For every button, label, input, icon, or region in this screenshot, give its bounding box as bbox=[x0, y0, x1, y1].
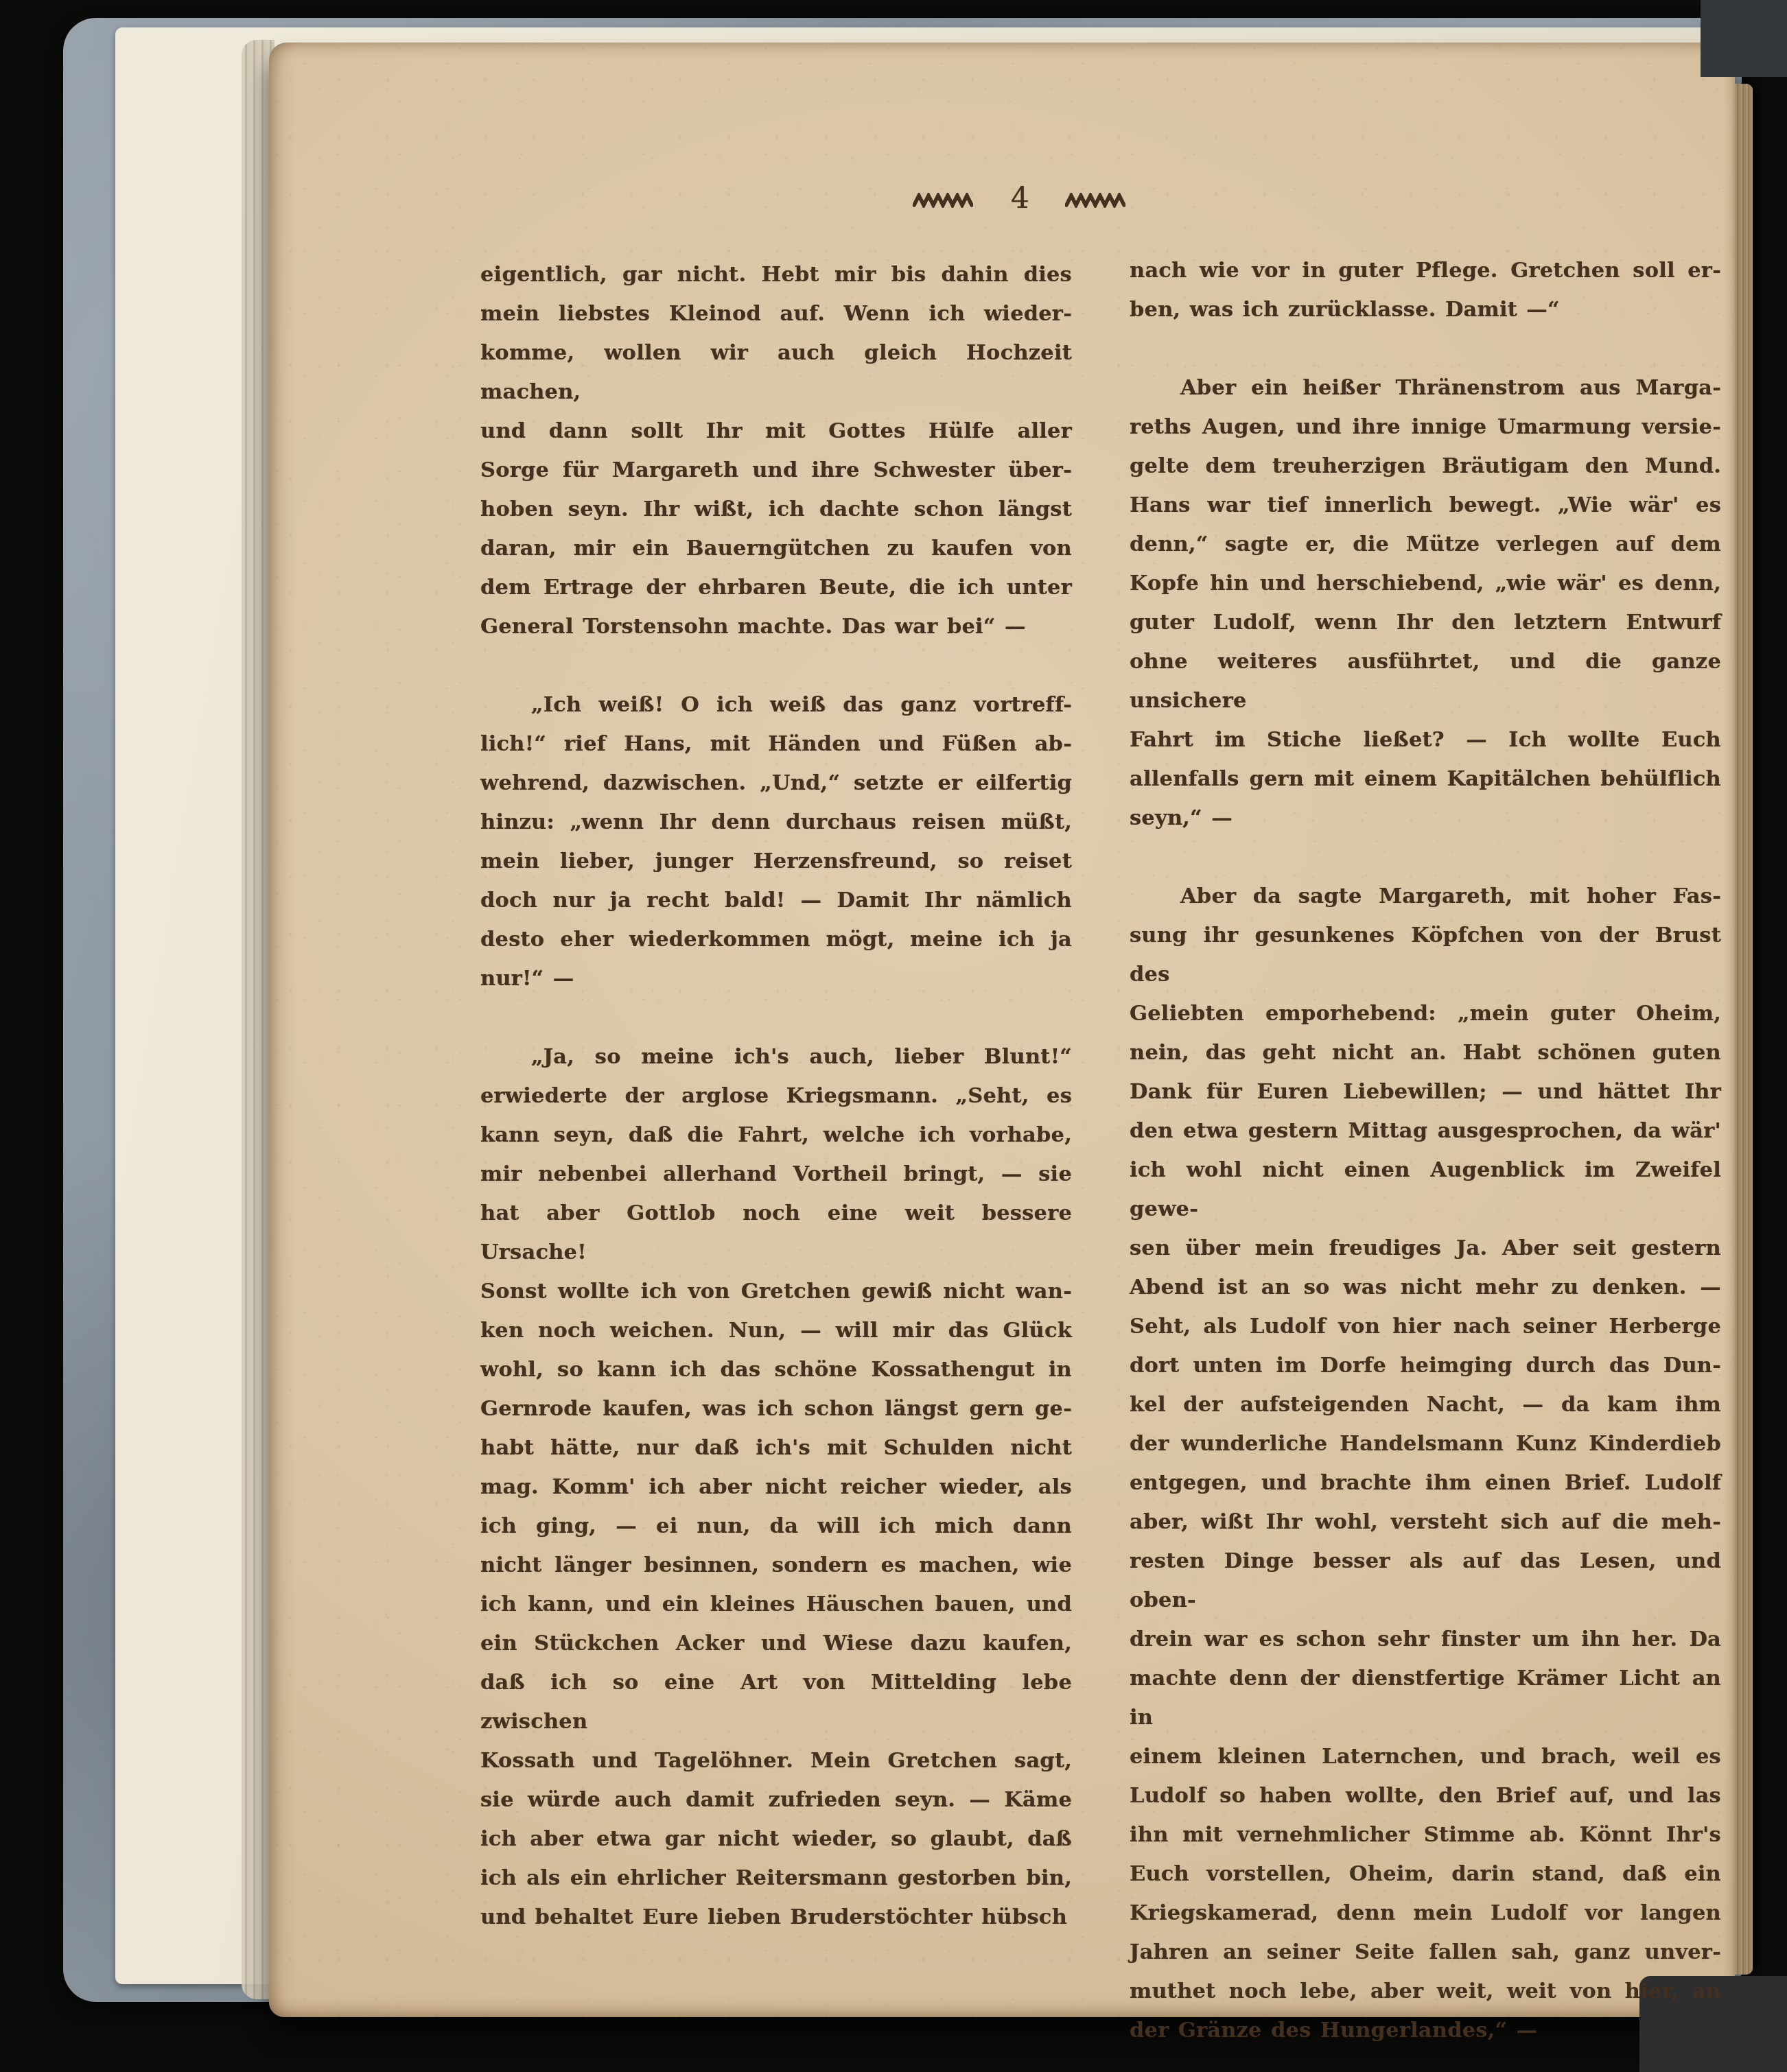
text-line: seyn,“ — bbox=[1130, 799, 1721, 838]
text-line: kel der aufsteigenden Nacht, — da kam ih… bbox=[1130, 1385, 1721, 1424]
text-column-right: nach wie vor in guter Pflege. Gretchen s… bbox=[1130, 251, 1721, 2050]
text-line: „Ja, so meine ich's auch, lieber Blunt!“ bbox=[480, 1037, 1072, 1076]
text-line: General Torstensohn machte. Das war bei“… bbox=[480, 607, 1072, 646]
paragraph: Aber da sagte Margareth, mit hoher Fas-s… bbox=[1130, 877, 1721, 2050]
text-line: mein lieber, junger Herzensfreund, so re… bbox=[480, 842, 1072, 881]
text-line: denn,“ sagte er, die Mütze verlegen auf … bbox=[1130, 525, 1721, 564]
text-line: guter Ludolf, wenn Ihr den letztern Entw… bbox=[1130, 603, 1721, 642]
paragraph: eigentlich, gar nicht. Hebt mir bis dahi… bbox=[480, 255, 1072, 646]
text-line: ich als ein ehrlicher Reitersmann gestor… bbox=[480, 1859, 1072, 1898]
text-line: machte denn der dienstfertige Krämer Lic… bbox=[1130, 1659, 1721, 1737]
text-line: ich kann, und ein kleines Häuschen bauen… bbox=[480, 1585, 1072, 1624]
text-line: desto eher wiederkommen mögt, meine ich … bbox=[480, 920, 1072, 959]
page-number: 4 bbox=[1011, 184, 1029, 213]
text-line: ben, was ich zurücklasse. Damit —“ bbox=[1130, 290, 1721, 329]
text-line: Aber da sagte Margareth, mit hoher Fas- bbox=[1130, 877, 1721, 916]
text-line: daß ich so eine Art von Mittelding lebe … bbox=[480, 1663, 1072, 1741]
text-line: wehrend, dazwischen. „Und,“ setzte er ei… bbox=[480, 764, 1072, 803]
text-line: lich!“ rief Hans, mit Händen und Füßen a… bbox=[480, 725, 1072, 764]
text-line: mir nebenbei allerhand Vortheil bringt, … bbox=[480, 1155, 1072, 1194]
squiggle-ornament-icon bbox=[913, 193, 973, 208]
text-line: Sonst wollte ich von Gretchen gewiß nich… bbox=[480, 1272, 1072, 1311]
text-line: ken noch weichen. Nun, — will mir das Gl… bbox=[480, 1311, 1072, 1350]
text-line: Sorge für Margareth und ihre Schwester ü… bbox=[480, 451, 1072, 490]
text-line: sung ihr gesunkenes Köpfchen von der Bru… bbox=[1130, 916, 1721, 994]
text-line: der Gränze des Hungerlandes,“ — bbox=[1130, 2011, 1721, 2050]
paragraph: nach wie vor in guter Pflege. Gretchen s… bbox=[1130, 251, 1721, 329]
text-line: Dank für Euren Liebewillen; — und hättet… bbox=[1130, 1072, 1721, 1111]
back-cover-corner-top bbox=[1701, 0, 1787, 77]
text-line: Abend ist an so was nicht mehr zu denken… bbox=[1130, 1268, 1721, 1307]
text-line: nicht länger besinnen, sondern es machen… bbox=[480, 1546, 1072, 1585]
text-line: hinzu: „wenn Ihr denn durchaus reisen mü… bbox=[480, 803, 1072, 842]
text-line: aber, wißt Ihr wohl, versteht sich auf d… bbox=[1130, 1503, 1721, 1542]
text-line: hat aber Gottlob noch eine weit bessere … bbox=[480, 1194, 1072, 1272]
text-line: ihn mit vernehmlicher Stimme ab. Könnt I… bbox=[1130, 1815, 1721, 1855]
book-fore-edge bbox=[1735, 84, 1753, 1975]
text-line: erwiederte der arglose Kriegsmann. „Seht… bbox=[480, 1076, 1072, 1116]
text-line: dort unten im Dorfe heimging durch das D… bbox=[1130, 1346, 1721, 1385]
text-column-left: eigentlich, gar nicht. Hebt mir bis dahi… bbox=[480, 255, 1072, 1937]
text-line: der wunderliche Handelsmann Kunz Kinderd… bbox=[1130, 1424, 1721, 1463]
text-line: dem Ertrage der ehrbaren Beute, die ich … bbox=[480, 568, 1072, 607]
squiggle-ornament-icon bbox=[1065, 193, 1125, 208]
text-line: Kossath und Tagelöhner. Mein Gretchen sa… bbox=[480, 1741, 1072, 1780]
text-line: Jahren an seiner Seite fallen sah, ganz … bbox=[1130, 1933, 1721, 1972]
text-line: gelte dem treuherzigen Bräutigam den Mun… bbox=[1130, 447, 1721, 486]
text-line: Hans war tief innerlich bewegt. „Wie wär… bbox=[1130, 486, 1721, 525]
text-line: Ludolf so haben wollte, den Brief auf, u… bbox=[1130, 1776, 1721, 1815]
text-line: drein war es schon sehr finster um ihn h… bbox=[1130, 1620, 1721, 1659]
text-line: und dann sollt Ihr mit Gottes Hülfe alle… bbox=[480, 412, 1072, 451]
text-line: Gernrode kaufen, was ich schon längst ge… bbox=[480, 1389, 1072, 1428]
text-line: ich aber etwa gar nicht wieder, so glaub… bbox=[480, 1820, 1072, 1859]
text-line: und behaltet Eure lieben Bruderstöchter … bbox=[480, 1898, 1072, 1937]
text-line: mag. Komm' ich aber nicht reicher wieder… bbox=[480, 1468, 1072, 1507]
text-line: Aber ein heißer Thränenstrom aus Marga- bbox=[1130, 368, 1721, 408]
text-line: muthet noch lebe, aber weit, weit von hi… bbox=[1130, 1972, 1721, 2011]
text-line: resten Dinge besser als auf das Lesen, u… bbox=[1130, 1542, 1721, 1620]
text-line: entgegen, und brachte ihm einen Brief. L… bbox=[1130, 1463, 1721, 1503]
text-line: ein Stückchen Acker und Wiese dazu kaufe… bbox=[480, 1624, 1072, 1663]
text-line: doch nur ja recht bald! — Damit Ihr näml… bbox=[480, 881, 1072, 920]
text-line: reths Augen, und ihre innige Umarmung ve… bbox=[1130, 408, 1721, 447]
text-line: sie würde auch damit zufrieden seyn. — K… bbox=[480, 1780, 1072, 1820]
text-line: Seht, als Ludolf von hier nach seiner He… bbox=[1130, 1307, 1721, 1346]
photo-background: { "page": { "number": "4", "ornament_lef… bbox=[0, 0, 1787, 2072]
text-line: kann seyn, daß die Fahrt, welche ich vor… bbox=[480, 1116, 1072, 1155]
paragraph: „Ich weiß! O ich weiß das ganz vortreff-… bbox=[480, 685, 1072, 998]
text-line: sen über mein freudiges Ja. Aber seit ge… bbox=[1130, 1229, 1721, 1268]
text-line: nur!“ — bbox=[480, 959, 1072, 998]
text-line: ich wohl nicht einen Augenblick im Zweif… bbox=[1130, 1151, 1721, 1229]
text-line: nach wie vor in guter Pflege. Gretchen s… bbox=[1130, 251, 1721, 290]
text-line: allenfalls gern mit einem Kapitälchen be… bbox=[1130, 760, 1721, 799]
text-line: wohl, so kann ich das schöne Kossathengu… bbox=[480, 1350, 1072, 1389]
page-header: 4 bbox=[913, 184, 1125, 213]
paragraph: „Ja, so meine ich's auch, lieber Blunt!“… bbox=[480, 1037, 1072, 1937]
text-line: Fahrt im Stiche ließet? — Ich wollte Euc… bbox=[1130, 720, 1721, 760]
text-line: Kriegskamerad, denn mein Ludolf vor lang… bbox=[1130, 1894, 1721, 1933]
text-line: eigentlich, gar nicht. Hebt mir bis dahi… bbox=[480, 255, 1072, 294]
text-line: komme, wollen wir auch gleich Hochzeit m… bbox=[480, 333, 1072, 412]
text-line: nein, das geht nicht an. Habt schönen gu… bbox=[1130, 1033, 1721, 1072]
text-line: habt hätte, nur daß ich's mit Schulden n… bbox=[480, 1428, 1072, 1468]
text-line: „Ich weiß! O ich weiß das ganz vortreff- bbox=[480, 685, 1072, 725]
text-line: Kopfe hin und herschiebend, „wie wär' es… bbox=[1130, 564, 1721, 603]
text-line: Geliebten emporhebend: „mein guter Oheim… bbox=[1130, 994, 1721, 1033]
text-line: ohne weiteres ausführtet, und die ganze … bbox=[1130, 642, 1721, 720]
text-line: den etwa gestern Mittag ausgesprochen, d… bbox=[1130, 1111, 1721, 1151]
text-line: hoben seyn. Ihr wißt, ich dachte schon l… bbox=[480, 490, 1072, 529]
text-line: Euch vorstellen, Oheim, darin stand, daß… bbox=[1130, 1855, 1721, 1894]
paragraph: Aber ein heißer Thränenstrom aus Marga-r… bbox=[1130, 368, 1721, 838]
text-line: daran, mir ein Bauerngütchen zu kaufen v… bbox=[480, 529, 1072, 568]
text-line: mein liebstes Kleinod auf. Wenn ich wied… bbox=[480, 294, 1072, 333]
text-line: einem kleinen Laternchen, und brach, wei… bbox=[1130, 1737, 1721, 1776]
text-line: ich ging, — ei nun, da will ich mich dan… bbox=[480, 1507, 1072, 1546]
